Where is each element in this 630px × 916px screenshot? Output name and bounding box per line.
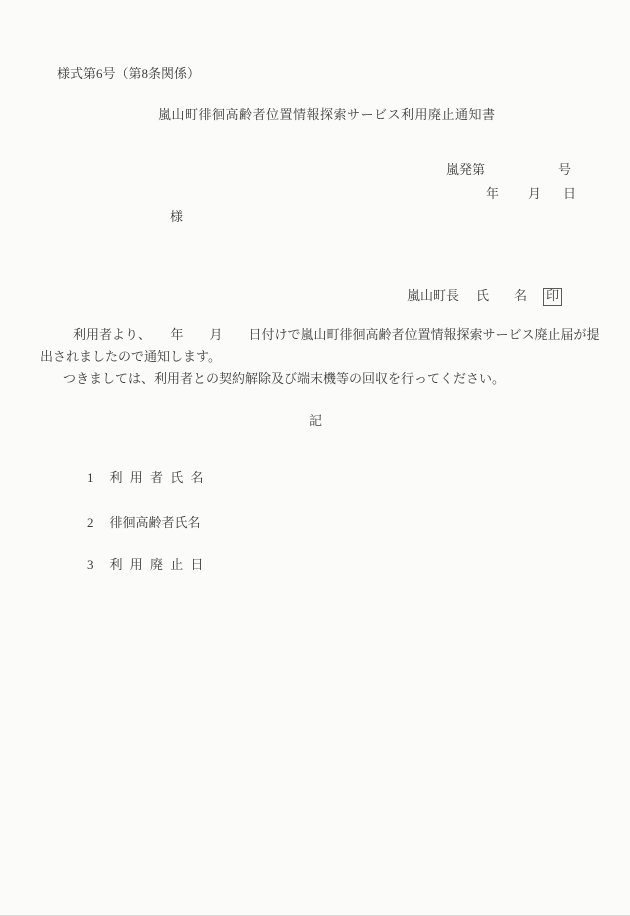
date-line: 年月日 — [473, 169, 576, 220]
sender-line: 嵐山町長氏名印 — [394, 271, 562, 323]
body-paragraph-1-line-2: 出されましたので通知します。 — [40, 349, 221, 366]
item-label: 利 用 廃 止 日 — [110, 557, 204, 572]
item-label: 徘徊高齢者氏名 — [110, 515, 201, 530]
sender-surname-label: 氏 — [476, 288, 489, 303]
body-paragraph-2: つきましては、利用者との契約解除及び端末機等の回収を行ってください。 — [63, 371, 505, 388]
year-label: 年 — [486, 186, 499, 201]
sender-title: 嵐山町長 — [407, 288, 459, 303]
document-page: 様式第6号（第8条関係） 嵐山町徘徊高齢者位置情報探索サービス利用廃止通知書 嵐… — [0, 0, 630, 916]
body-paragraph-1-line-1: 利用者より、 年 月 日付けで嵐山町徘徊高齢者位置情報探索サービス廃止届が提 — [73, 327, 600, 344]
item-number: 1 — [87, 470, 94, 485]
list-item-3: 3利 用 廃 止 日 — [58, 540, 204, 591]
item-number: 3 — [87, 557, 94, 572]
addressee-honorific: 様 — [170, 209, 183, 226]
list-item-1: 1利 用 者 氏 名 — [58, 453, 204, 504]
month-label: 月 — [528, 186, 541, 201]
seal-box: 印 — [543, 288, 562, 306]
item-label: 利 用 者 氏 名 — [110, 470, 204, 485]
item-number: 2 — [87, 515, 94, 530]
ki-section-marker: 記 — [309, 413, 322, 430]
day-label: 日 — [563, 186, 576, 201]
sender-given-label: 名 — [514, 288, 527, 303]
form-number: 様式第6号（第8条関係） — [57, 66, 200, 83]
document-title: 嵐山町徘徊高齢者位置情報探索サービス利用廃止通知書 — [158, 107, 496, 124]
seal-label: 印 — [546, 288, 559, 303]
